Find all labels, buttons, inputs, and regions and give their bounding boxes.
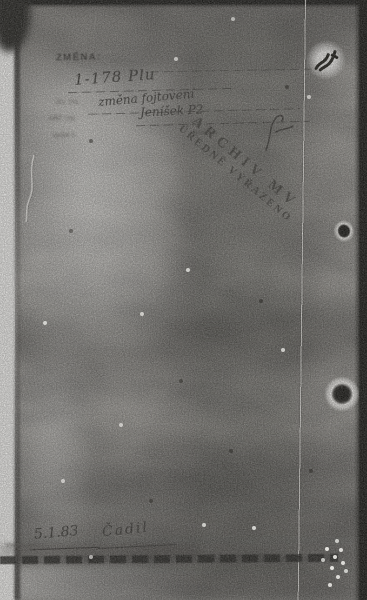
right-scan-border xyxy=(354,0,367,600)
scanned-document-page: ZMĚNA: 1-178 Plu útv. čís. změna fojtove… xyxy=(0,0,367,600)
dark-speckles xyxy=(0,0,2,2)
issued-date-label: vydán dne xyxy=(6,542,38,549)
left-page-edge-dark-line xyxy=(14,22,20,600)
paper-crease-line xyxy=(20,150,50,225)
form-label-row2: útv. čís. xyxy=(55,97,80,106)
top-scan-border xyxy=(0,0,367,8)
ink-mark xyxy=(306,40,347,81)
punch-hole-bottom xyxy=(325,377,359,411)
highlight-bottom-left xyxy=(18,566,208,600)
change-field-label: ZMĚNA: xyxy=(56,52,102,64)
left-page-edge-white-strip xyxy=(0,26,15,600)
signature-flourish-top xyxy=(252,108,297,153)
form-label-row4: vydal č. xyxy=(52,130,77,139)
form-label-row3: zákl. vyj. xyxy=(48,113,77,122)
